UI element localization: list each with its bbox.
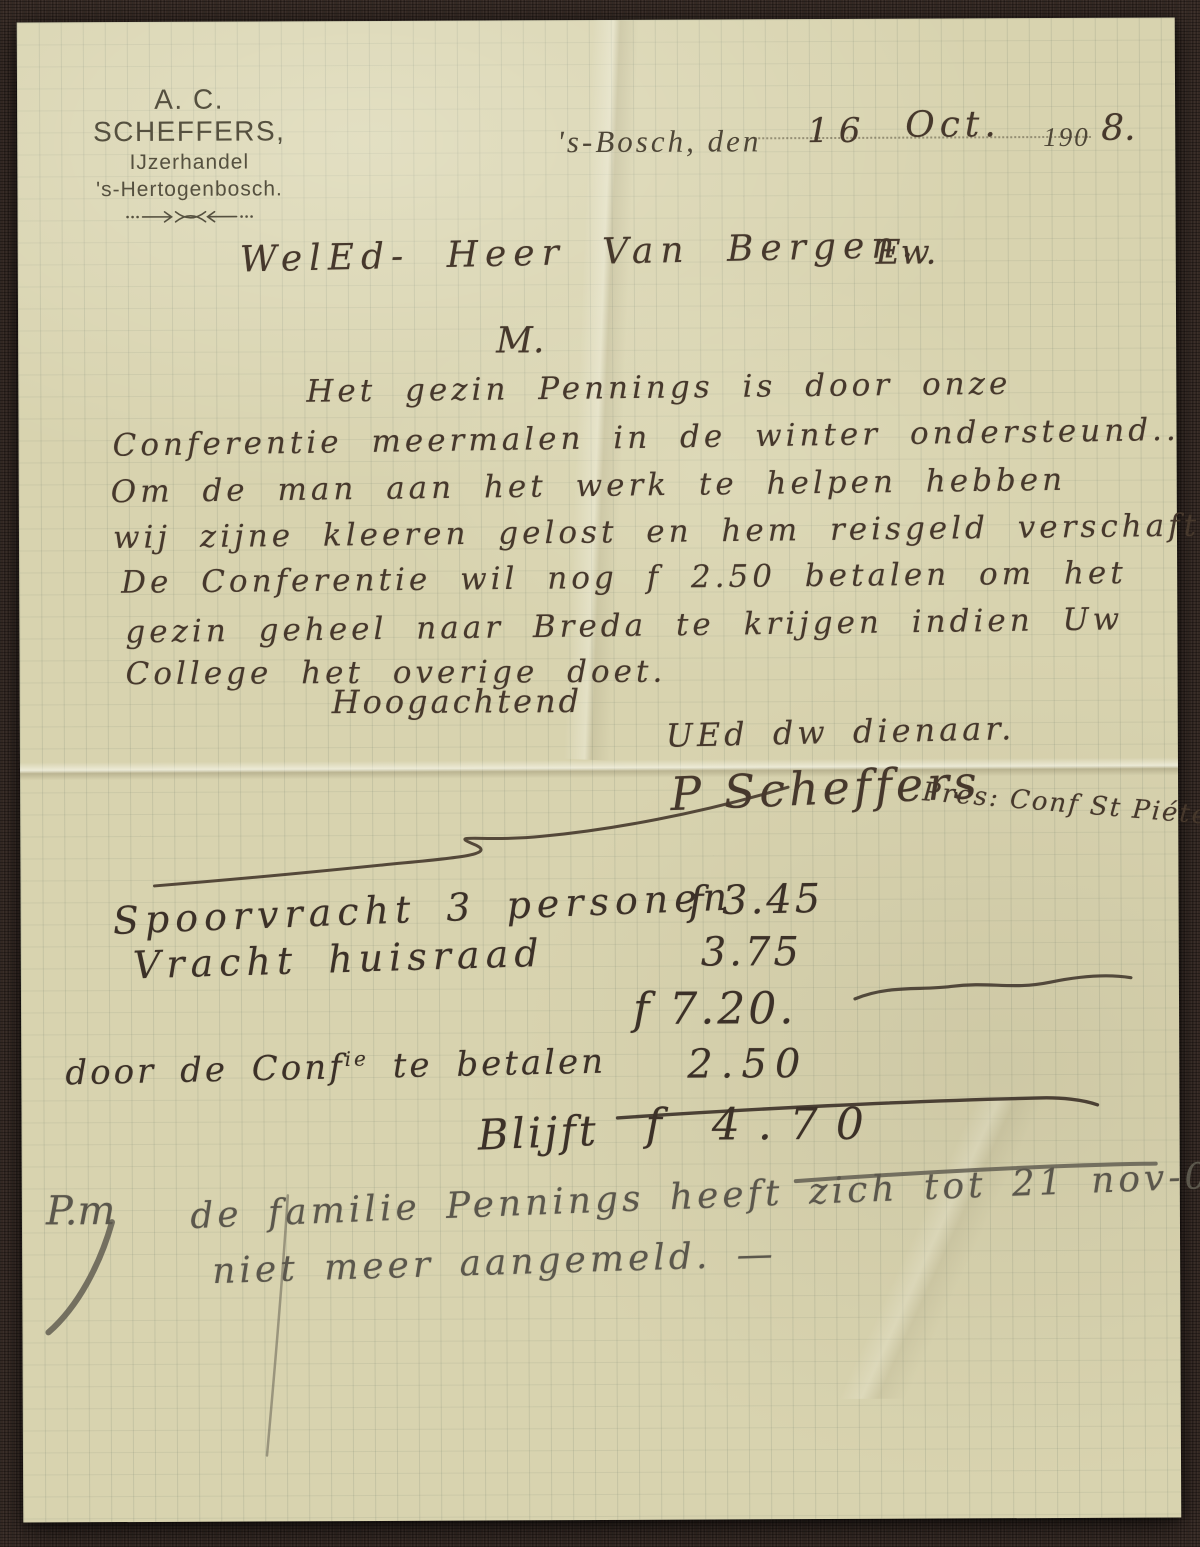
dateline-year-printed: 190: [1043, 122, 1090, 153]
body-line: De Conferentie wil nog f 2.50 betalen om…: [121, 555, 1127, 601]
dateline-month: Oct.: [905, 104, 1001, 145]
closing-word: Hoogachtend: [332, 682, 583, 721]
account-deduction-value: 2.50: [687, 1041, 808, 1088]
salutation-line: WelEd- Heer Van Bergen.: [239, 225, 920, 281]
letterhead: A. C. SCHEFFERS, IJzerhandel 's-Hertogen…: [55, 83, 324, 225]
scanned-letter-scene: A. C. SCHEFFERS, IJzerhandel 's-Hertogen…: [0, 0, 1200, 1547]
deduction-label-pre: door de Conf: [65, 1047, 345, 1093]
body-line: gezin geheel naar Breda te krijgen indie…: [125, 601, 1123, 650]
account-subtotal: f 7.20.: [633, 983, 796, 1035]
deduction-label-post: te betalen: [369, 1042, 607, 1087]
dateline-place-printed: 's-Bosch, den: [557, 123, 761, 160]
deduction-label-sup: ie: [344, 1046, 369, 1071]
postscript-overline-stroke: [792, 1160, 1162, 1188]
letterhead-company-name: A. C. SCHEFFERS,: [55, 83, 323, 148]
account-deduction-label: door de Confie te betalen: [65, 1041, 607, 1093]
body-line: wij zijne kleeren gelost en hem reisgeld…: [113, 507, 1200, 556]
body-opening: M.: [496, 320, 544, 361]
dateline-year-digit: 8.: [1101, 108, 1136, 149]
account-row-value: f 3.45: [688, 876, 824, 925]
signature-function-line: Pres: Conf St Piéter.: [921, 777, 1200, 833]
salutation-suffix: Ew.: [876, 233, 937, 273]
account-remainder-label: Blijft: [477, 1106, 600, 1160]
postscript-marker-swash: [40, 1214, 131, 1344]
dateline-day: 16: [807, 111, 870, 151]
letterhead-city: 's-Hertogenbosch.: [55, 177, 323, 202]
servant-line: UEd dw dienaar.: [665, 709, 1015, 755]
letterhead-flourish-icon: [124, 207, 256, 226]
body-line: Conferentie meermalen in de winter onder…: [112, 412, 1180, 464]
body-line: Om de man aan het werk te helpen hebben: [111, 462, 1067, 511]
postscript-vertical-stroke: [258, 1191, 299, 1461]
letter-paper: A. C. SCHEFFERS, IJzerhandel 's-Hertogen…: [17, 17, 1182, 1522]
body-line: Het gezin Pennings is door onze: [306, 366, 1011, 410]
letterhead-trade: IJzerhandel: [55, 150, 323, 175]
account-remainder-value: f 4.70: [645, 1099, 881, 1151]
addition-rule-stroke: [849, 966, 1139, 1011]
account-row-value: 3.75: [701, 929, 802, 975]
